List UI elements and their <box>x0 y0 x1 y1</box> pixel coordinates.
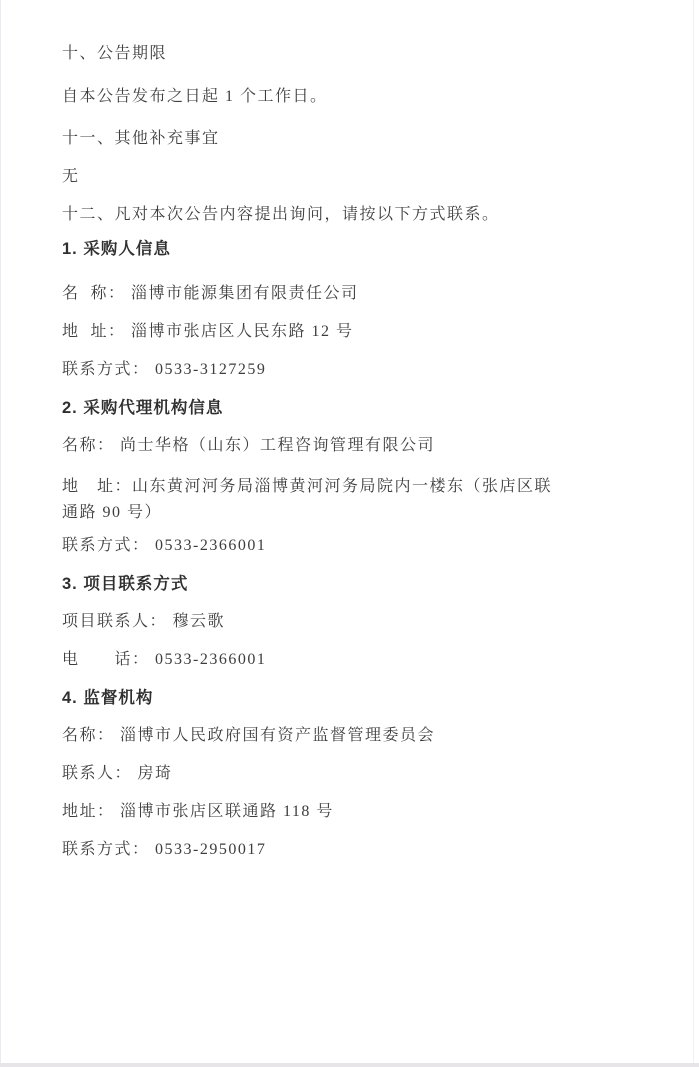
purchaser-address: 地 址： 淄博市张店区人民东路 12 号 <box>62 319 567 345</box>
supervisor-address: 地址： 淄博市张店区联通路 118 号 <box>62 799 567 825</box>
supervisor-title: 4. 监督机构 <box>62 685 647 711</box>
page-bottom-edge <box>0 1063 699 1067</box>
project-contact-title: 3. 项目联系方式 <box>62 571 647 597</box>
supervisor-person: 联系人： 房琦 <box>62 761 567 787</box>
supervisor-phone: 联系方式： 0533-2950017 <box>62 837 567 863</box>
agency-phone: 联系方式： 0533-2366001 <box>62 533 567 559</box>
announcement-page: 十、公告期限 自本公告发布之日起 1 个工作日。 十一、其他补充事宜 无 十二、… <box>0 0 699 1067</box>
announcement-content: 十、公告期限 自本公告发布之日起 1 个工作日。 十一、其他补充事宜 无 十二、… <box>62 41 647 875</box>
purchaser-info-title: 1. 采购人信息 <box>62 236 647 262</box>
section-12-heading: 十二、凡对本次公告内容提出询问，请按以下方式联系。 <box>62 202 647 228</box>
section-10-heading: 十、公告期限 <box>62 41 647 67</box>
purchaser-phone: 联系方式： 0533-3127259 <box>62 357 567 383</box>
agency-address: 地 址：山东黄河河务局淄博黄河河务局院内一楼东（张店区联通路 90 号） <box>62 474 567 526</box>
section-10-body: 自本公告发布之日起 1 个工作日。 <box>62 84 647 110</box>
supervisor-name: 名称： 淄博市人民政府国有资产监督管理委员会 <box>62 723 567 749</box>
section-11-body: 无 <box>62 164 647 190</box>
project-contact-phone: 电 话： 0533-2366001 <box>62 647 567 673</box>
section-11-heading: 十一、其他补充事宜 <box>62 126 647 152</box>
page-left-edge <box>0 0 1 1067</box>
page-right-edge <box>693 0 694 1067</box>
project-contact-person: 项目联系人： 穆云歌 <box>62 609 567 635</box>
agency-name: 名称： 尚士华格（山东）工程咨询管理有限公司 <box>62 433 567 459</box>
purchaser-name: 名 称： 淄博市能源集团有限责任公司 <box>62 281 567 307</box>
agency-info-title: 2. 采购代理机构信息 <box>62 395 647 421</box>
